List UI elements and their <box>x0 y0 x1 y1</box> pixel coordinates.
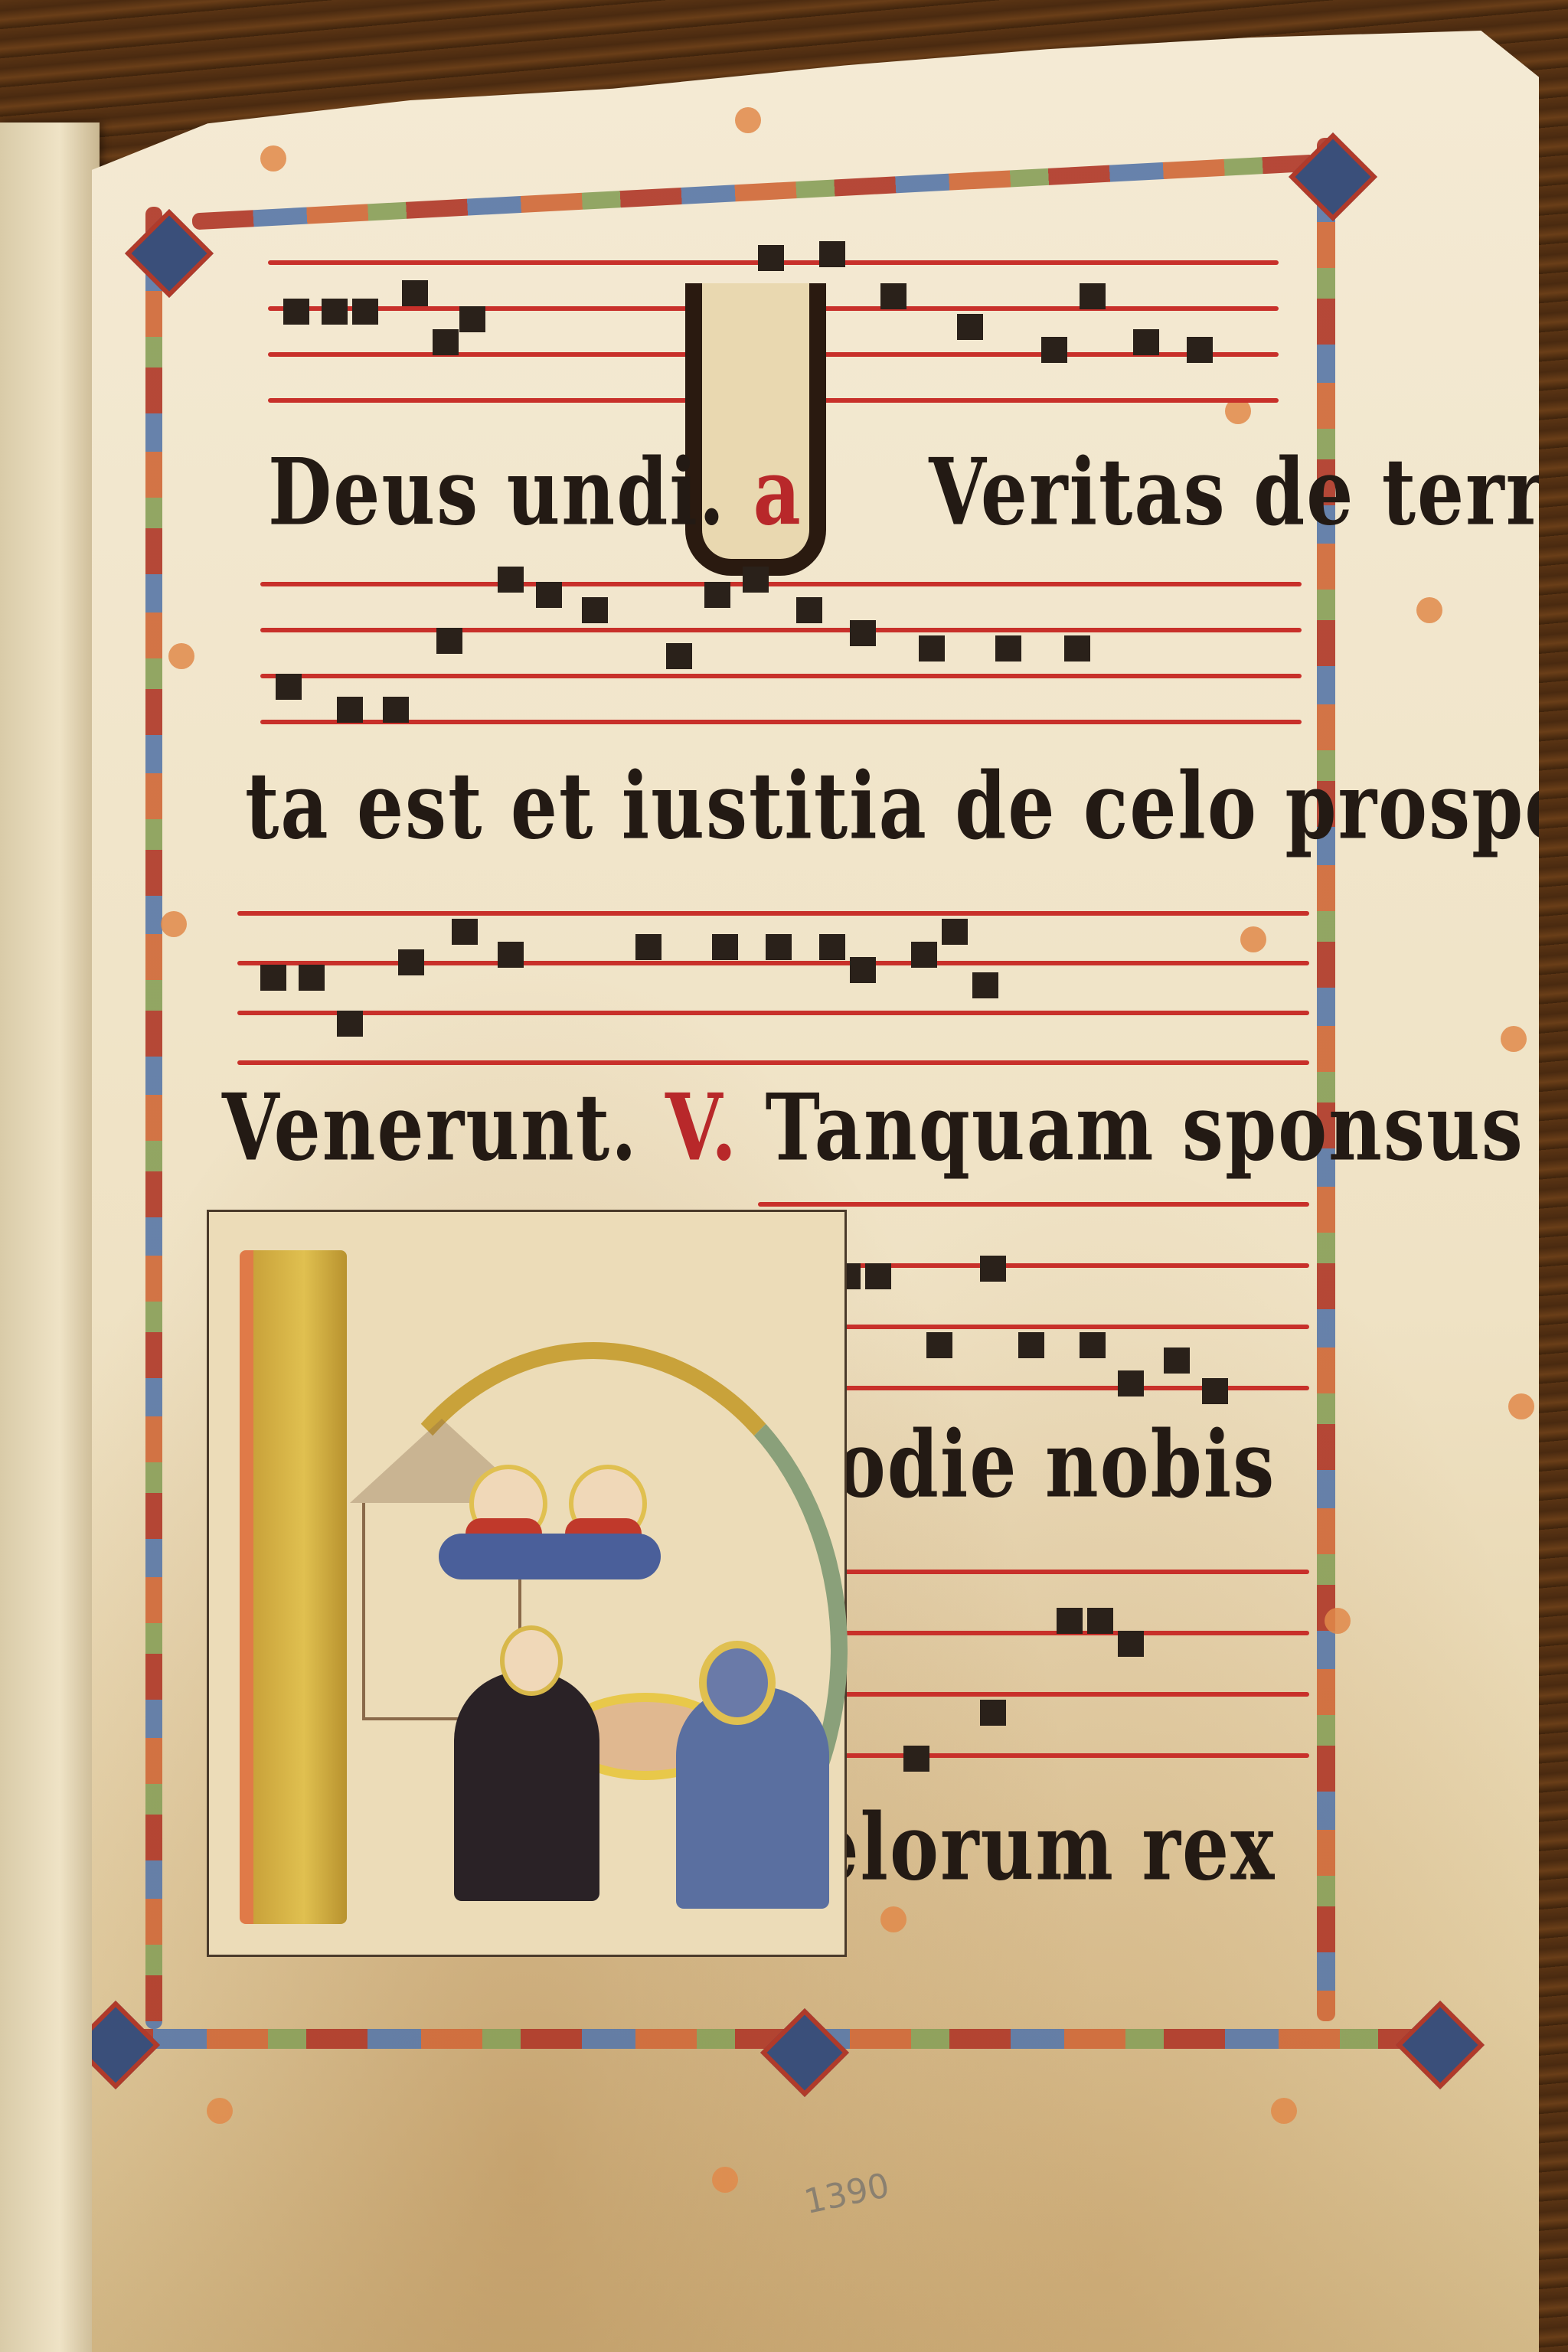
ornament-dot <box>1416 597 1442 623</box>
ornament-dot <box>161 911 187 937</box>
ornament-dot <box>1508 1393 1534 1419</box>
cloud <box>439 1534 661 1579</box>
top-border-vine <box>191 155 1316 230</box>
corner-rosette <box>1396 2001 1485 2089</box>
corner-rosette <box>1289 132 1377 221</box>
lyric-line-2: ta est et iustitia de celo prospexit. P. <box>245 752 1568 860</box>
music-staff-3 <box>237 888 1309 1080</box>
center-rosette <box>760 2008 849 2097</box>
gilded-initial-stem <box>240 1250 347 1924</box>
ornament-dot <box>1501 1026 1527 1052</box>
ornament-dot <box>880 1906 906 1932</box>
music-staff-2 <box>260 559 1302 758</box>
lyric-line-1: Deus undi. a Veritas de terra or <box>268 438 1568 546</box>
ornament-dot <box>1325 1608 1351 1634</box>
ornament-dot <box>207 2098 233 2124</box>
manuscript-page: Deus undi. a Veritas de terra or ta est … <box>92 31 1539 2352</box>
ornament-dot <box>168 643 194 669</box>
lyric-line-3: Venerunt. V. Tanquam sponsus R. <box>222 1073 1568 1181</box>
ornament-dot <box>1271 2098 1297 2124</box>
virgin-mary <box>454 1671 599 1901</box>
nativity-miniature <box>207 1210 847 1957</box>
ornament-dot <box>260 145 286 171</box>
ornament-dot <box>712 2167 738 2193</box>
ornament-dot <box>735 107 761 133</box>
facing-page-edge <box>0 122 100 2352</box>
left-border-vine <box>145 207 162 2029</box>
